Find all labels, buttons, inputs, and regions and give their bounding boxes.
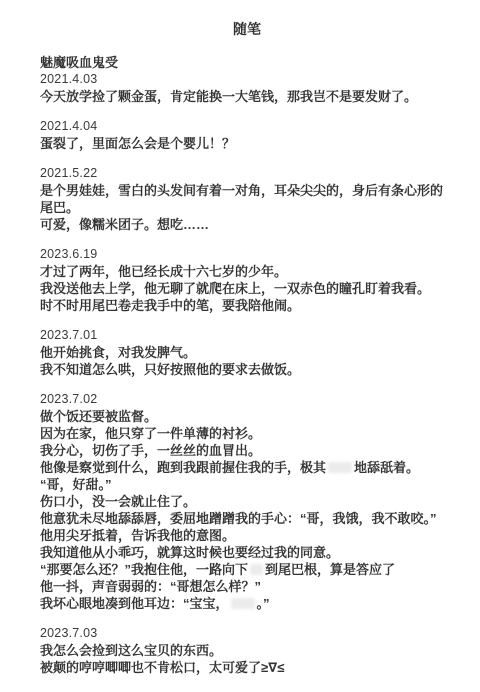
entry-line: 做个饭还要被监督。 <box>40 408 454 425</box>
entry-line: 被颠的哼哼唧唧也不肯松口，太可爱了≥∇≤ <box>40 659 454 676</box>
entry-line: 因为在家，他只穿了一件单薄的衬衫。 <box>40 425 454 442</box>
entry-line: 我不知道怎么哄，只好按照他的要求去做饭。 <box>40 361 454 378</box>
diary-entry: 2023.7.03我怎么会捡到这么宝贝的东西。被颠的哼哼唧唧也不肯松口，太可爱了… <box>40 625 454 676</box>
entry-date: 2023.6.19 <box>40 246 454 263</box>
diary-entry: 2023.6.19才过了两年，他已经长成十六七岁的少年。我没送他去上学，他无聊了… <box>40 246 454 314</box>
diary-entry: 2021.4.03今天放学捡了颗金蛋，肯定能换一大笔钱，那我岂不是要发财了。 <box>40 71 454 105</box>
page-title: 随笔 <box>40 20 454 38</box>
entry-line: 我怎么会捡到这么宝贝的东西。 <box>40 642 454 659</box>
entry-line: 他意犹未尽地舔舔唇，委屈地蹭蹭我的手心：“哥，我饿，我不敢咬。” <box>40 510 454 527</box>
entry-line: 蛋裂了，里面怎么会是个婴儿！？ <box>40 135 454 152</box>
entry-line: 他像是察觉到什么，跑到我跟前握住我的手，极其地舔舐着。 <box>40 459 454 476</box>
diary-entry: 2023.7.02做个饭还要被监督。因为在家，他只穿了一件单薄的衬衫。我分心，切… <box>40 391 454 612</box>
entry-line: 我知道他从小乖巧，就算这时候也要经过我的同意。 <box>40 544 454 561</box>
entry-line: 伤口小，没一会就止住了。 <box>40 493 454 510</box>
entry-date: 2021.5.22 <box>40 165 454 182</box>
entry-line: 我坏心眼地凑到他耳边：“宝宝，。” <box>40 595 454 612</box>
document-page: 随笔 魅魔吸血鬼受 2021.4.03今天放学捡了颗金蛋，肯定能换一大笔钱，那我… <box>0 0 480 692</box>
censored-blur <box>231 598 255 609</box>
entry-date: 2023.7.01 <box>40 327 454 344</box>
diary-entry: 2021.5.22是个男娃娃，雪白的头发间有着一对角，耳朵尖尖的，身后有条心形的… <box>40 165 454 233</box>
censored-blur <box>250 564 263 575</box>
entry-date: 2021.4.03 <box>40 71 454 88</box>
diary-entry: 2021.4.04蛋裂了，里面怎么会是个婴儿！？ <box>40 118 454 152</box>
entry-line: 他用尖牙抵着，告诉我他的意图。 <box>40 527 454 544</box>
entry-line: “哥，好甜。” <box>40 476 454 493</box>
entry-line: 今天放学捡了颗金蛋，肯定能换一大笔钱，那我岂不是要发财了。 <box>40 88 454 105</box>
entry-date: 2023.7.02 <box>40 391 454 408</box>
entry-date: 2021.4.04 <box>40 118 454 135</box>
entry-line: 时不时用尾巴卷走我手中的笔，要我陪他闹。 <box>40 297 454 314</box>
entry-line: “那要怎么还？”我抱住他，一路向下到尾巴根，算是答应了 <box>40 561 454 578</box>
entry-line: 他开始挑食，对我发脾气。 <box>40 344 454 361</box>
entry-line: 才过了两年，他已经长成十六七岁的少年。 <box>40 263 454 280</box>
entry-line: 可爱，像糯米团子。想吃…… <box>40 216 454 233</box>
entry-line: 是个男娃娃，雪白的头发间有着一对角，耳朵尖尖的，身后有条心形的尾巴。 <box>40 182 454 216</box>
entries-list: 2021.4.03今天放学捡了颗金蛋，肯定能换一大笔钱，那我岂不是要发财了。20… <box>40 71 454 676</box>
document-heading: 魅魔吸血鬼受 <box>40 54 454 71</box>
diary-entry: 2023.7.01他开始挑食，对我发脾气。我不知道怎么哄，只好按照他的要求去做饭… <box>40 327 454 378</box>
entry-line: 我分心，切伤了手，一丝丝的血冒出。 <box>40 442 454 459</box>
entry-line: 他一抖，声音弱弱的：“哥想怎么样？” <box>40 578 454 595</box>
entry-line: 我没送他去上学，他无聊了就爬在床上，一双赤色的瞳孔盯着我看。 <box>40 280 454 297</box>
censored-blur <box>328 462 352 473</box>
entry-date: 2023.7.03 <box>40 625 454 642</box>
